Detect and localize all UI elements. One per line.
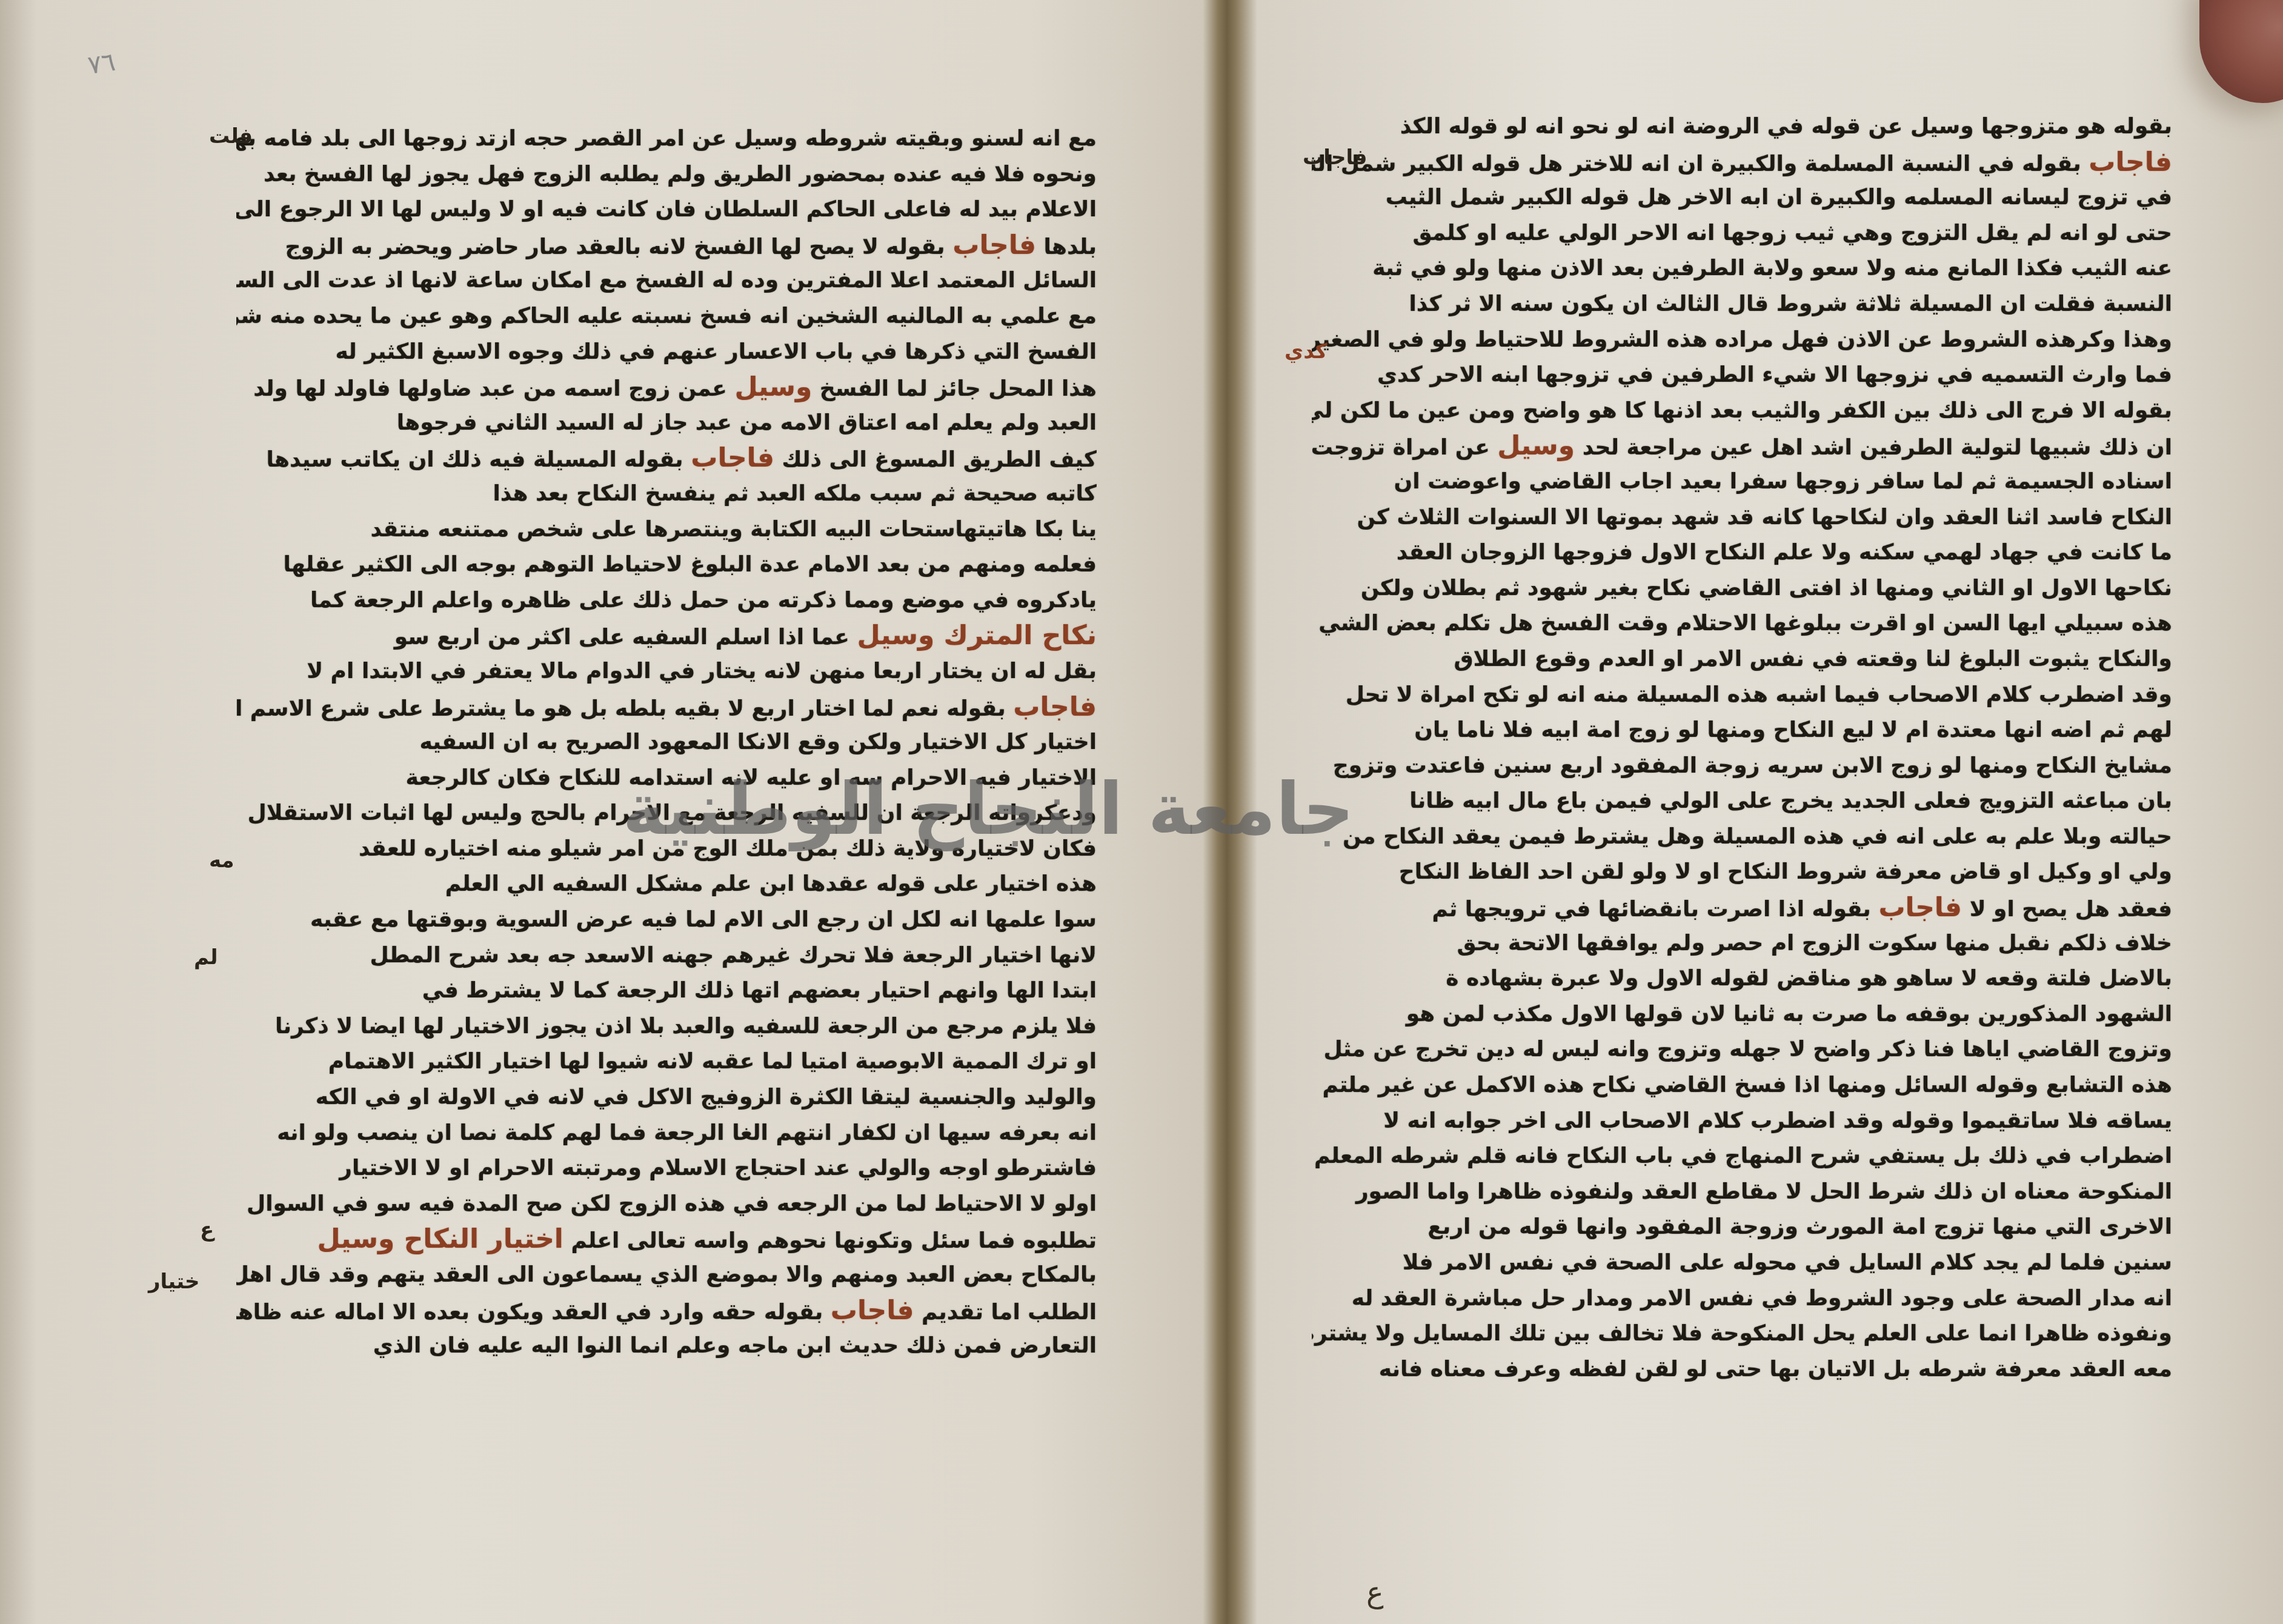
manuscript-line: الاعلام بيد له فاعلى الحاكم السلطان فان … [236,192,1097,228]
rubric-red-text: اختيار النكاح وسيل [317,1223,563,1254]
manuscript-line: عنه الثيب فكذا المانع منه ولا سعو ولابة … [1312,251,2172,287]
manuscript-line: كاتبه صحيحة ثم سبب ملكه العبد ثم ينفسخ ا… [236,476,1097,512]
manuscript-line: اسناده الجسيمة ثم لما سافر زوجها سفرا بع… [1312,464,2172,500]
manuscript-line: ينا بكا هاتيتهاستحات البيه الكتابة وينتص… [236,512,1097,548]
manuscript-line: بالاضل فلتة وقعه لا ساهو هو مناقض لقوله … [1312,961,2172,997]
manuscript-line: ونحوه فلا فيه عنده بمحضور الطريق ولم يطل… [236,157,1097,193]
manuscript-line: بالمكاح بعض العبد ومنهم والا بموضع الذي … [236,1257,1097,1293]
manuscript-line: يساقه فلا ساتقيموا وقوله وقد اضطرب كلام … [1312,1103,2172,1139]
manuscript-line: فعلمه ومنهم من بعد الامام عدة البلوغ لاح… [236,547,1097,583]
margin-note: ختيار [148,1270,200,1294]
manuscript-line: مشايخ النكاح ومنها لو زوج الابن سريه زوج… [1312,748,2172,784]
margin-note: فلت [209,124,253,148]
manuscript-line: سنين فلما لم يجد كلام السايل في محوله عل… [1312,1245,2172,1281]
manuscript-line: فاشترطو اوجه والولي عند احتجاج الاسلام و… [236,1151,1097,1186]
manuscript-line: حيالته وبلا علم به على انه في هذه المسيل… [1312,819,2172,855]
rubric-red-text: فاجاب [831,1295,914,1326]
manuscript-line: ان ذلك شبيها لتولية الطرفين اشد اهل عين … [1312,428,2172,464]
rubric-red-text: فاجاب [1878,892,1962,923]
margin-note: فاجاب [1303,145,1367,170]
rubric-red-text: فاجاب [2089,147,2172,178]
manuscript-line: المنكوحة معناه ان ذلك شرط الحل لا مقاطع … [1312,1174,2172,1210]
margin-note: مه [209,848,234,873]
manuscript-line: او ترك الممية الابوصية امتيا لما عقبه لا… [236,1044,1097,1080]
manuscript-line: هذه اختيار على قوله عقدها ابن علم مشكل ا… [236,867,1097,902]
manuscript-line: بقوله الا فرج الى ذلك بين الكفر والثيب ب… [1312,393,2172,429]
manuscript-line: مع علمي به المالنيه الشخين انه فسخ نسبته… [236,299,1097,334]
manuscript-line: الشهود المذكورين بوقفه ما صرت به ثانيا ل… [1312,997,2172,1033]
left-page-text-block: مع انه لسنو وبقيته شروطه وسيل عن امر الق… [236,121,1097,1364]
folio-number: ٧٦ [86,47,118,80]
manuscript-line: وهذا وكرهذه الشروط عن الاذن فهل مراده هذ… [1312,322,2172,358]
manuscript-line: فاجاب بقوله نعم لما اختار اربع لا بقيه ب… [236,690,1097,725]
manuscript-line: والوليد والجنسية ليتقا الكثرة الزوفيج ال… [236,1080,1097,1116]
manuscript-line: هذه سبيلي ايها السن او اقرت ببلوغها الاح… [1312,606,2172,642]
margin-note: لم [194,945,218,970]
manuscript-line: بلدها فاجاب بقوله لا يصح لها الفسخ لانه … [236,228,1097,264]
manuscript-line: بقوله هو متزوجها وسيل عن قوله في الروضة … [1312,109,2172,145]
right-page-text-block: بقوله هو متزوجها وسيل عن قوله في الروضة … [1312,109,2172,1387]
manuscript-line: فلا يلزم مرجع من الرجعة للسفيه والعبد بل… [236,1009,1097,1045]
manuscript-line: وقد اضطرب كلام الاصحاب فيما اشبه هذه الم… [1312,677,2172,713]
manuscript-line: فما وارث التسميه في نزوجها الا شيء الطرف… [1312,358,2172,393]
manuscript-line: نكاحها الاول او الثاني ومنها اذ افتى الق… [1312,571,2172,607]
manuscript-line: لهم ثم اضه انها معتدة ام لا ليع النكاح و… [1312,713,2172,748]
manuscript-line: بقل له ان يختار اربعا منهن لانه يختار في… [236,654,1097,690]
manuscript-line: في تزوج ليسانه المسلمه والكبيرة ان ابه ا… [1312,180,2172,216]
manuscript-line: السائل المعتمد اعلا المفترين وده له الفس… [236,263,1097,299]
right-page: بقوله هو متزوجها وسيل عن قوله في الروضة … [1236,0,2283,1624]
university-watermark: جامعة النجاح الوطنية [942,760,1354,857]
manuscript-line: ولي او وكيل او قاض معرفة شروط النكاح او … [1312,854,2172,890]
manuscript-line: ما كانت في جهاد لهمي سكنه ولا علم النكاح… [1312,535,2172,571]
manuscript-line: النكاح فاسد اثنا العقد وان لنكاحها كانه … [1312,500,2172,536]
margin-note: ع [200,1218,214,1242]
manuscript-spread: ٧٦ مع انه لسنو وبقيته شروطه وسيل عن امر … [0,0,2283,1624]
manuscript-line: خلاف ذلكم نقبل منها سكوت الزوج ام حصر ول… [1312,926,2172,962]
manuscript-line: ابتدا الها وانهم احتيار بعضهم اتها ذلك ا… [236,973,1097,1009]
manuscript-line: فعقد هل يصح او لا فاجاب بقوله اذا اصرت ب… [1312,890,2172,926]
manuscript-line: الطلب اما تقديم فاجاب بقوله حقه وارد في … [236,1293,1097,1329]
manuscript-line: انه بعرفه سيها ان لكفار انتهم الغا الرجع… [236,1116,1097,1151]
manuscript-line: ونفوذه ظاهرا انما على العلم يحل المنكوحة… [1312,1316,2172,1352]
rubric-red-text: وسيل [734,371,812,402]
manuscript-line: بان مباعثه التزويج فعلى الجديد يخرج على … [1312,784,2172,819]
manuscript-line: يادكروه في موضع ومما ذكرته من حمل ذلك عل… [236,583,1097,619]
manuscript-line: اولو لا الاحتياط لما من الرجعه في هذه ال… [236,1186,1097,1222]
catchword: ع [1366,1576,1384,1609]
manuscript-line: تطلبوه فما سئل وتكونها نحوهم واسه تعالى … [236,1222,1097,1257]
manuscript-line: هذا المحل جائز لما الفسخ وسيل عمن زوج اس… [236,370,1097,405]
rubric-red-text: فاجاب [1013,691,1097,722]
manuscript-line: الفسخ التي ذكرها في باب الاعسار عنهم في … [236,334,1097,370]
margin-note: كدي [1284,339,1328,364]
manuscript-line: حتى لو انه لم يقل التزوج وهي ثيب زوجها ا… [1312,216,2172,251]
rubric-red-text: فاجاب [952,230,1036,261]
manuscript-line: اختيار كل الاختيار ولكن وقع الانكا المعه… [236,725,1097,760]
manuscript-line: النسبة فقلت ان المسيلة ثلاثة شروط قال ال… [1312,287,2172,322]
manuscript-line: الاخرى التي منها تزوج امة المورث وزوجة ا… [1312,1210,2172,1245]
manuscript-line: سوا علمها انه لكل ان رجع الى الام لما في… [236,902,1097,938]
manuscript-line: نكاح المترك وسيل عما اذا اسلم السفيه على… [236,618,1097,654]
manuscript-line: معه العقد معرفة شرطه بل الاتيان بها حتى … [1312,1352,2172,1388]
manuscript-line: فاجاب بقوله في النسبة المسلمة والكبيرة ا… [1312,145,2172,181]
manuscript-line: والنكاح يثبوت البلوغ لنا وقعته في نفس ال… [1312,642,2172,677]
manuscript-line: لانها اختيار الرجعة فلا تحرك غيرهم جهنه … [236,938,1097,974]
rubric-red-text: وسيل [1497,430,1575,461]
manuscript-line: مع انه لسنو وبقيته شروطه وسيل عن امر الق… [236,121,1097,157]
rubric-red-text: فاجاب [691,442,774,473]
manuscript-line: العبد ولم يعلم امه اعتاق الامه من عبد جا… [236,405,1097,441]
manuscript-line: التعارض فمن ذلك حديث ابن ماجه وعلم انما … [236,1328,1097,1364]
manuscript-line: اضطراب في ذلك بل يستفي شرح المنهاج في با… [1312,1139,2172,1174]
manuscript-line: وتزوج القاضي اياها فنا ذكر واضح لا جهله … [1312,1032,2172,1068]
rubric-red-text: نكاح المترك وسيل [857,620,1097,651]
manuscript-line: هذه التشابع وقوله السائل ومنها اذا فسخ ا… [1312,1068,2172,1103]
manuscript-line: كيف الطريق المسوغ الى ذلك فاجاب بقوله ال… [236,441,1097,476]
manuscript-line: انه مدار الصحة على وجود الشروط في نفس ال… [1312,1281,2172,1317]
